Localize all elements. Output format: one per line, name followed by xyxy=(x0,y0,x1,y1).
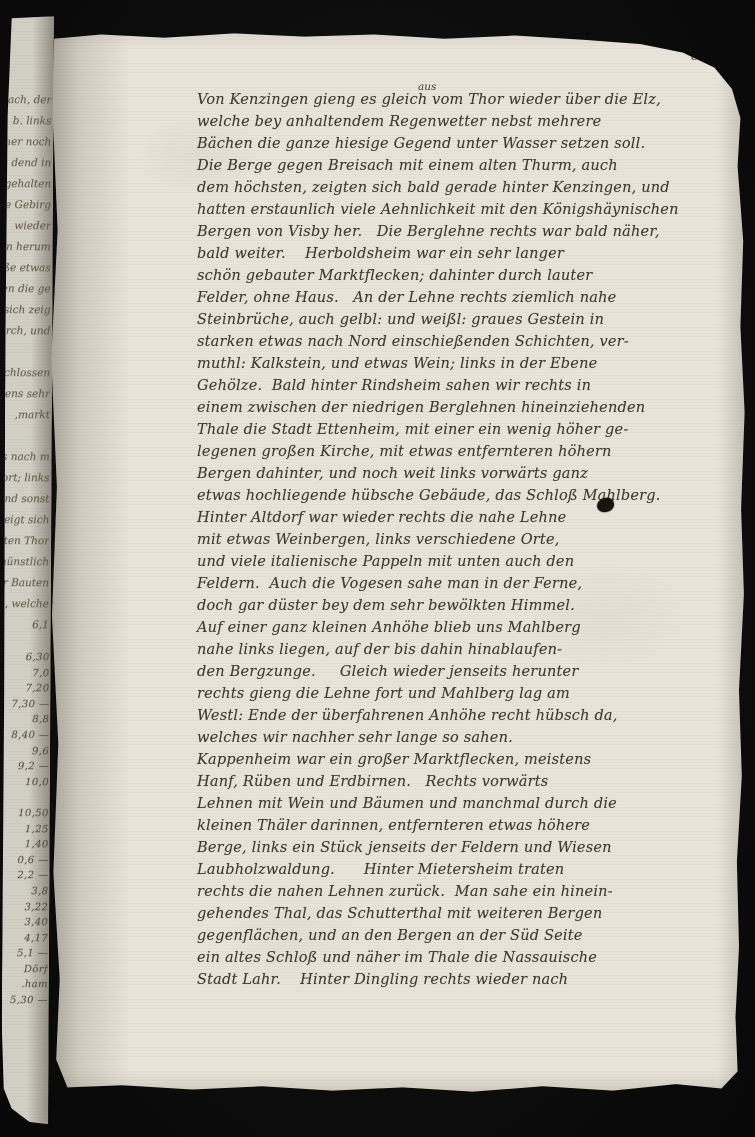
handwritten-line: dem höchsten, zeigten sich bald gerade h… xyxy=(197,177,727,199)
left-page-text-fragment: der Bauten xyxy=(4,573,49,594)
handwritten-line: einem zwischen der niedrigen Berglehnen … xyxy=(197,397,727,419)
left-page-text-fragment: fen die ge. xyxy=(6,279,51,300)
left-page-text-fragment: mer noch xyxy=(6,132,51,153)
left-page-text-fragment: gehalten xyxy=(6,174,51,195)
left-page-time-entry: 9,6 xyxy=(3,744,49,760)
left-page-time-entry xyxy=(3,790,49,806)
left-page-text-fragment: markt, xyxy=(5,405,50,426)
handwritten-line: Hinter Altdorf war wieder rechts die nah… xyxy=(197,507,727,529)
handwritten-line: Westl: Ende der überfahrenen Anhöhe rech… xyxy=(197,705,727,727)
handwritten-line: welches wir nachher sehr lange so sahen. xyxy=(197,727,727,749)
handwritten-line: und viele italienische Pappeln mit unten… xyxy=(197,551,727,573)
left-page-time-entry: 4,17 xyxy=(2,931,48,947)
handwritten-line: ein altes Schloß und näher im Thale die … xyxy=(197,947,727,969)
handwritten-line: Lehnen mit Wein und Bäumen und manchmal … xyxy=(197,793,727,815)
handwritten-line: schön gebauter Marktflecken; dahinter du… xyxy=(197,265,727,287)
left-page-text-fragment: und sonst xyxy=(4,489,49,510)
left-page-time-entry: 7,20 xyxy=(3,681,49,697)
handwritten-line: doch gar düster bey dem sehr bewölkten H… xyxy=(197,595,727,617)
left-page-time-entry: 3,40 xyxy=(2,915,48,931)
left-page-text-fragment: zeigt sich xyxy=(4,510,49,531)
left-page-time-entry: 10,0 xyxy=(3,775,49,791)
left-page-text-fragment: aße etwas xyxy=(6,258,51,279)
left-page-time-entry: 1,25 xyxy=(3,822,49,838)
left-page-time-entry: 3,8 xyxy=(2,884,48,900)
handwritten-line: Bächen die ganze hiesige Gegend unter Wa… xyxy=(197,133,727,155)
left-page-text-fragment: n, welche xyxy=(4,594,49,615)
left-page-text-fragment xyxy=(5,342,50,363)
handwritten-line: mit etwas Weinbergen, links verschiedene… xyxy=(197,529,727,551)
handwritten-line: legenen großen Kirche, mit etwas entfern… xyxy=(197,441,727,463)
left-page-time-entry: — 8,40 xyxy=(3,728,49,744)
scanned-book-photo: ach, der b. links mer noch dend in gehal… xyxy=(0,0,755,1137)
handwritten-line: rechts die nahen Lehnen zurück. Man sahe… xyxy=(197,881,727,903)
handwritten-line: muthl: Kalkstein, und etwas Wein; links … xyxy=(197,353,727,375)
left-page-text-fragment: 6,1 xyxy=(4,615,49,636)
handwritten-line: kleinen Thäler darinnen, entfernteren et… xyxy=(197,815,727,837)
handwritten-line: Hanf, Rüben und Erdbirnen. Rechts vorwär… xyxy=(197,771,727,793)
left-page-time-entry: — 7,30 xyxy=(3,697,49,713)
left-page-text-fragment: dend in xyxy=(6,153,51,174)
left-page-time-entry: 8,8 xyxy=(3,712,49,728)
page-number: 815. xyxy=(691,49,724,64)
handwritten-line: Kappenheim war ein großer Marktflecken, … xyxy=(197,749,727,771)
handwritten-line: Von Kenzingen gieng es gleich vom Thor w… xyxy=(197,89,727,111)
left-page-time-entry: — 5,1 xyxy=(2,946,48,962)
handwritten-line: gehendes Thal, das Schutterthal mit weit… xyxy=(197,903,727,925)
left-page-text-fragment: ts nach m xyxy=(5,447,50,468)
handwritten-line: bald weiter. Herboldsheim war ein sehr l… xyxy=(197,243,727,265)
previous-page-edge: ach, der b. links mer noch dend in gehal… xyxy=(1,16,54,1124)
manuscript-page: 815. aus Von Kenzingen gieng es gleich v… xyxy=(45,27,746,1097)
handwritten-line: Felder, ohne Haus. An der Lehne rechts z… xyxy=(197,287,727,309)
left-page-text-fragment: iten Thor. xyxy=(4,531,49,552)
handwritten-line: Die Berge gegen Breisach mit einem alten… xyxy=(197,155,727,177)
handwritten-line: starken etwas nach Nord einschießenden S… xyxy=(197,331,727,353)
handwritten-line: hatten erstaunlich viele Aehnlichkeit mi… xyxy=(197,199,727,221)
handwritten-line: Stadt Lahr. Hinter Dingling rechts wiede… xyxy=(197,969,727,991)
left-page-time-entry: — 2,2 xyxy=(2,868,48,884)
left-page-time-entry: Dörf xyxy=(2,962,48,978)
left-page-text-fragment: stens sehr xyxy=(5,384,50,405)
handwritten-line: den Bergzunge. Gleich wieder jenseits he… xyxy=(197,661,727,683)
left-page-time-entry: — 0,6 xyxy=(3,853,49,869)
handwritten-line: gegenflächen, und an den Bergen an der S… xyxy=(197,925,727,947)
left-page-time-entry: 6,30 xyxy=(4,650,50,666)
handwritten-line: Berge, links ein Stück jenseits der Feld… xyxy=(197,837,727,859)
left-page-text-fragment: ach, der xyxy=(7,90,52,111)
handwritten-line: Gehölze. Bald hinter Rindsheim sahen wir… xyxy=(197,375,727,397)
left-page-text-fragment: fort; links xyxy=(5,468,50,489)
left-page-text-fragment: münstlich xyxy=(4,552,49,573)
left-page-time-entry: 1,40 xyxy=(3,837,49,853)
handwritten-line: nahe links liegen, auf der bis dahin hin… xyxy=(197,639,727,661)
handwritten-line: welche bey anhaltendem Regenwetter nebst… xyxy=(197,111,727,133)
left-page-time-entry: — 5,30 xyxy=(2,993,48,1009)
handwritten-line: Auf einer ganz kleinen Anhöhe blieb uns … xyxy=(197,617,727,639)
left-page-time-entry: 7,0 xyxy=(4,666,50,682)
left-page-times-column: 6,30 7,0 7,20 — 7,30 8,8 — 8,40 9,6 — 9,… xyxy=(2,650,50,1009)
handwritten-line: Bergen dahinter, und noch weit links vor… xyxy=(197,463,727,485)
left-page-time-entry: ham. xyxy=(2,977,48,993)
left-page-text-column: ach, der b. links mer noch dend in gehal… xyxy=(4,90,52,636)
left-page-time-entry: — 9,2 xyxy=(3,759,49,775)
left-page-text-fragment xyxy=(5,426,50,447)
left-page-text-fragment: urch, und xyxy=(5,321,50,342)
handwritten-line: rechts gieng die Lehne fort und Mahlberg… xyxy=(197,683,727,705)
left-page-text-fragment: fen herum xyxy=(6,237,51,258)
handwritten-line: Thale die Stadt Ettenheim, mit einer ein… xyxy=(197,419,727,441)
handwritten-line: Bergen von Visby her. Die Berglehne rech… xyxy=(197,221,727,243)
left-page-time-entry: 3,22 xyxy=(2,899,48,915)
left-page-text-fragment: s sich zeig. xyxy=(5,300,50,321)
left-page-time-entry: 10,50 xyxy=(3,806,49,822)
handwritten-line: Feldern. Auch die Vogesen sahe man in de… xyxy=(197,573,727,595)
handwritten-line: Laubholzwaldung. Hinter Mietersheim trat… xyxy=(197,859,727,881)
left-page-text-fragment: geschlossen, xyxy=(5,363,50,384)
handwritten-line: Steinbrüche, auch gelbl: und weißl: grau… xyxy=(197,309,727,331)
handwritten-line: etwas hochliegende hübsche Gebäude, das … xyxy=(197,485,727,507)
left-page-text-fragment: e Gebirg xyxy=(6,195,51,216)
left-page-text-fragment: b. links xyxy=(6,111,51,132)
handwritten-text-block: Von Kenzingen gieng es gleich vom Thor w… xyxy=(197,89,727,991)
left-page-text-fragment: wieder xyxy=(6,216,51,237)
